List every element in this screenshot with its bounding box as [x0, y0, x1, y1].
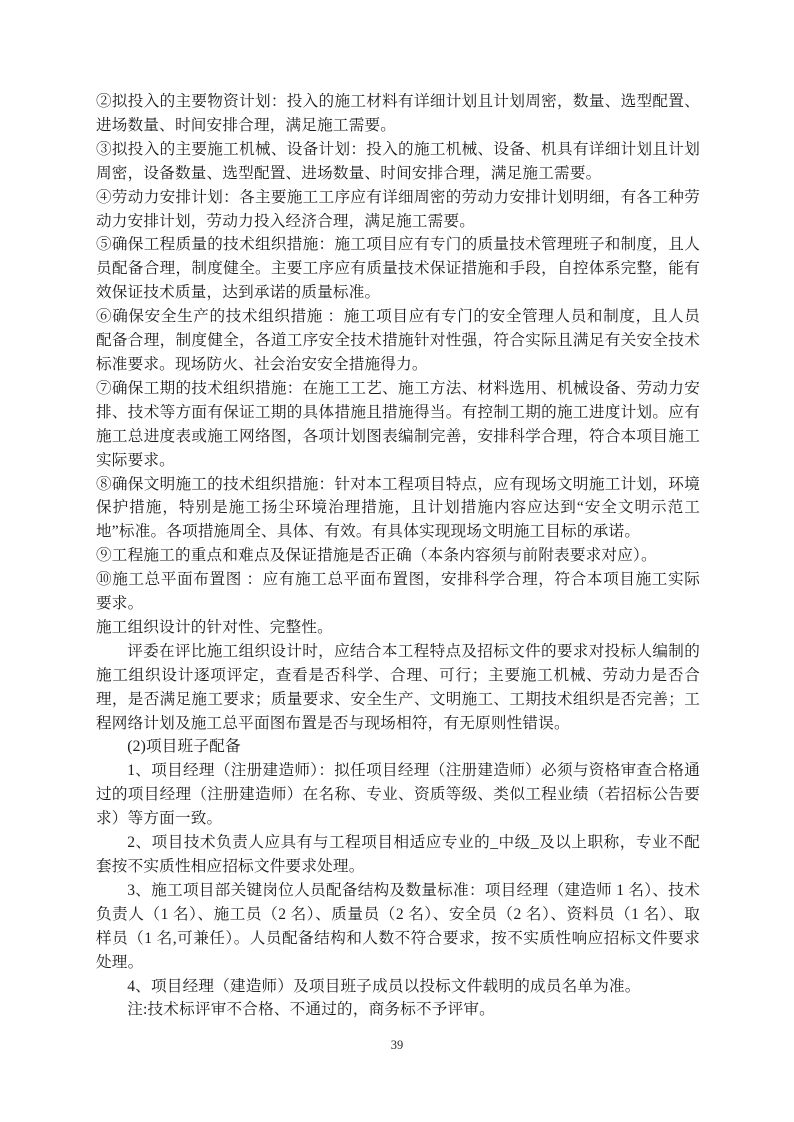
paragraph-site-layout: ⑩施工总平面布置图 ：应有施工总平面布置图，安排科学合理，符合本项目施工实际要求… [96, 568, 700, 616]
paragraph-machinery-plan: ③拟投入的主要施工机械、设备计划：投入的施工机械、设备、机具有详细计划且计划周密… [96, 138, 700, 186]
document-body: ②拟投入的主要物资计划：投入的施工材料有详细计划且计划周密，数量、选型配置、进场… [96, 90, 700, 1022]
paragraph-materials-plan: ②拟投入的主要物资计划：投入的施工材料有详细计划且计划周密，数量、选型配置、进场… [96, 90, 700, 138]
paragraph-key-difficulties: ⑨工程施工的重点和难点及保证措施是否正确（本条内容须与前附表要求对应）。 [96, 544, 700, 568]
paragraph-member-list: 4、项目经理（建造师）及项目班子成员以投标文件载明的成员名单为准。 [96, 975, 700, 999]
paragraph-design-completeness: 施工组织设计的针对性、完整性。 [96, 616, 700, 640]
paragraph-technical-lead: 2、项目技术负责人应具有与工程项目相适应专业的_中级_及以上职称，专业不配套按不… [96, 831, 700, 879]
paragraph-note: 注:技术标评审不合格、不通过的，商务标不予评审。 [96, 998, 700, 1022]
paragraph-staffing-standard: 3、施工项目部关键岗位人员配备结构及数量标准：项目经理（建造师 1 名）、技术负… [96, 879, 700, 975]
paragraph-labor-plan: ④劳动力安排计划：各主要施工工序应有详细周密的劳动力安排计划明细，有各工种劳动力… [96, 186, 700, 234]
document-page: ②拟投入的主要物资计划：投入的施工材料有详细计划且计划周密，数量、选型配置、进场… [0, 0, 794, 1122]
paragraph-project-manager: 1、项目经理（注册建造师）：拟任项目经理（注册建造师）必须与资格审查合格通过的项… [96, 759, 700, 831]
paragraph-safety-measures: ⑥确保安全生产的技术组织措施 ：施工项目应有专门的安全管理人员和制度，且人员配备… [96, 305, 700, 377]
page-number: 39 [0, 1038, 794, 1053]
paragraph-quality-measures: ⑤确保工程质量的技术组织措施：施工项目应有专门的质量技术管理班子和制度，且人员配… [96, 233, 700, 305]
paragraph-jury-evaluation: 评委在评比施工组织设计时，应结合本工程特点及招标文件的要求对投标人编制的施工组织… [96, 640, 700, 736]
paragraph-schedule-measures: ⑦确保工期的技术组织措施：在施工工艺、施工方法、材料选用、机械设备、劳动力安排、… [96, 377, 700, 473]
paragraph-civilized-construction: ⑧确保文明施工的技术组织措施：针对本工程项目特点，应有现场文明施工计划，环境保护… [96, 473, 700, 545]
paragraph-team-heading: (2)项目班子配备 [96, 735, 700, 759]
